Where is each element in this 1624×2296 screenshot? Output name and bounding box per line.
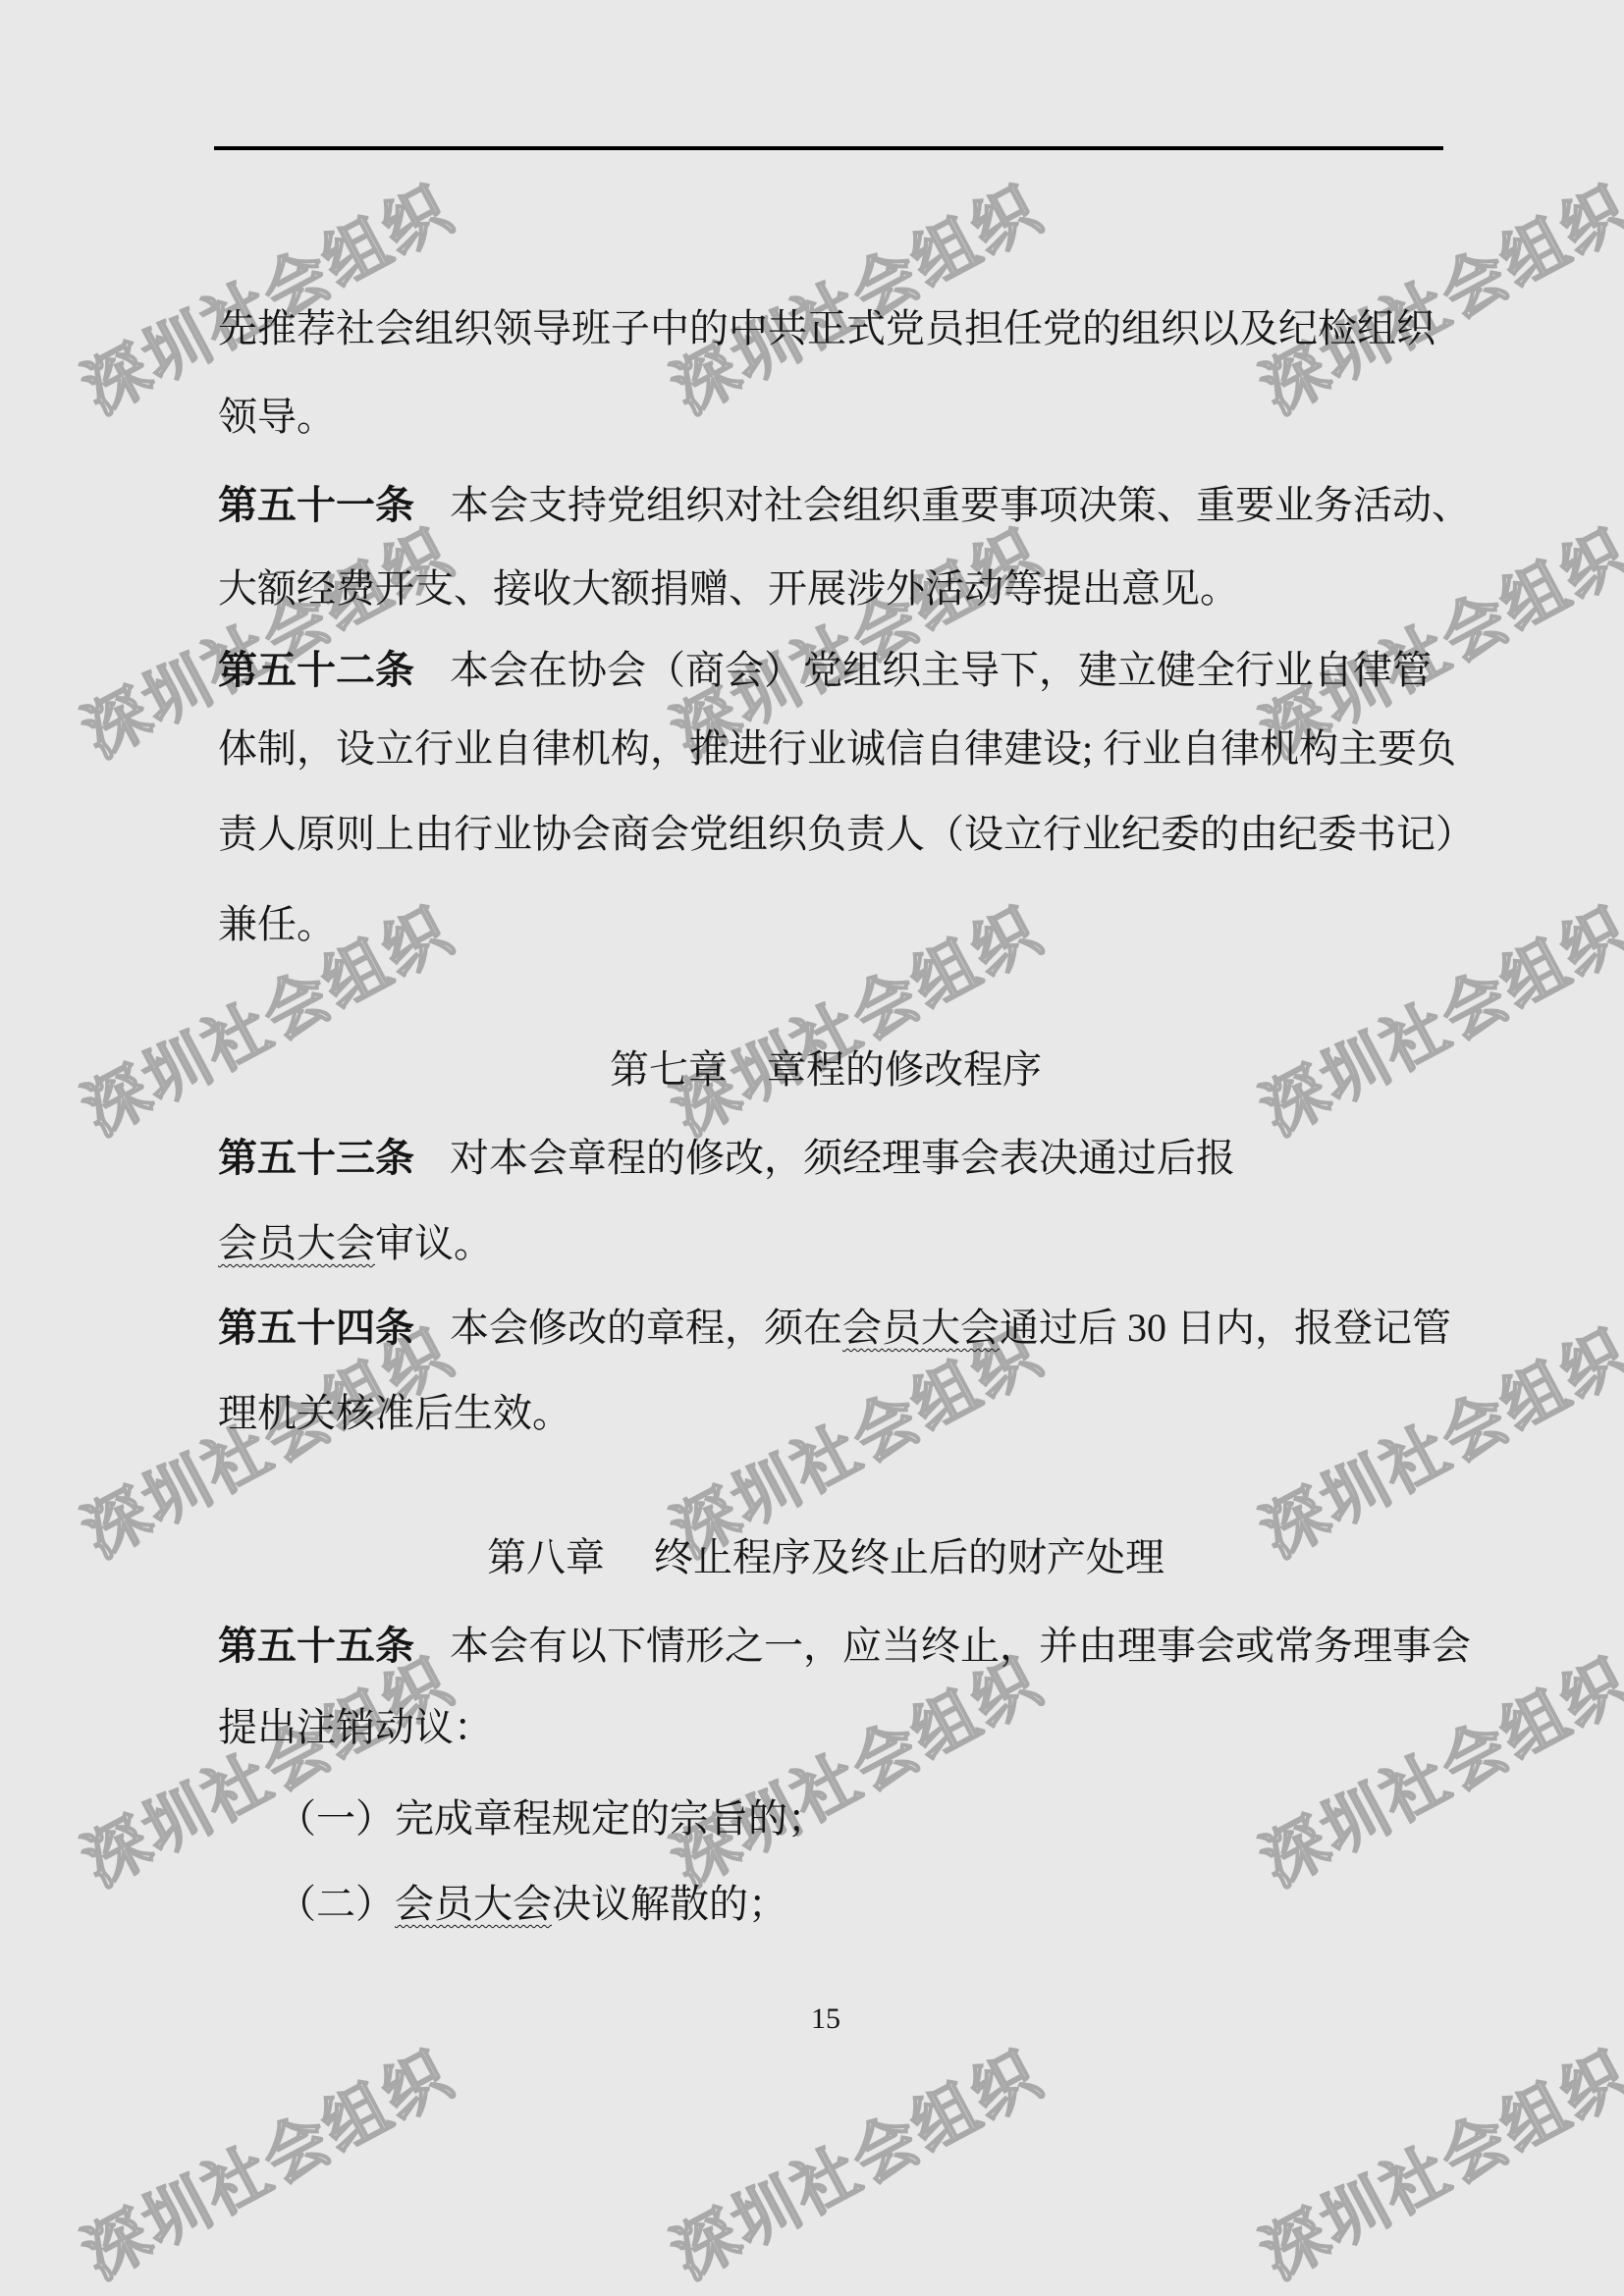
text-line: 第五十一条本会支持党组织对社会组织重要事项决策、重要业务活动、 [218,485,1434,526]
article-number: 第五十五条 [218,1624,414,1668]
text-run: （二） [277,1882,395,1926]
text-line: 提出注销动议： [218,1707,1434,1748]
text-run: 提出注销动议： [218,1705,493,1749]
text-run: 对本会章程的修改，须经理事会表决通过后报 [450,1136,1235,1180]
text-run: 通过后 30 日内，报登记管 [1000,1306,1451,1350]
text-run: 第八章 终止程序及终止后的财产处理 [487,1535,1164,1579]
text-run: 兼任。 [218,902,336,946]
text-run: 本会支持党组织对社会组织重要事项决策、重要业务活动、 [450,483,1471,527]
text-line: 大额经费开支、接收大额捐赠、开展涉外活动等提出意见。 [218,568,1434,610]
text-line: 会员大会审议。 [218,1223,1434,1264]
text-line: 体制，设立行业自律机构，推进行业诚信自律建设; 行业自律机构主要负 [218,728,1434,770]
text-layer: 先推荐社会组织领导班子中的中共正式党员担任党的组织以及纪检组织领导。第五十一条本… [0,0,1624,2296]
text-run: 决议解散的； [552,1882,787,1926]
document-page: 深圳社会组织深圳社会组织深圳社会组织深圳社会组织深圳社会组织深圳社会组织深圳社会… [0,0,1624,2296]
text-run: 第七章 章程的修改程序 [610,1047,1042,1092]
text-run: （一）完成章程规定的宗旨的； [277,1796,827,1841]
text-run: 责人原则上由行业协会商会党组织负责人（设立行业纪委的由纪委书记） [218,812,1475,856]
text-run: 本会修改的章程，须在 [450,1306,842,1350]
text-line: 第八章 终止程序及终止后的财产处理 [218,1537,1434,1578]
underlined-term: 会员大会 [842,1306,1000,1350]
text-line: 第七章 章程的修改程序 [218,1049,1434,1091]
text-run: 理机关核准后生效。 [218,1391,571,1435]
text-run: 大额经费开支、接收大额捐赠、开展涉外活动等提出意见。 [218,566,1239,611]
article-number: 第五十三条 [218,1136,414,1180]
text-run: 本会有以下情形之一，应当终止，并由理事会或常务理事会 [450,1624,1471,1668]
header-rule [214,146,1443,150]
underlined-term: 会员大会 [395,1882,552,1926]
text-line: （二）会员大会决议解散的； [218,1884,1492,1925]
text-run: 领导。 [218,395,336,439]
text-line: （一）完成章程规定的宗旨的； [218,1798,1492,1840]
text-line: 先推荐社会组织领导班子中的中共正式党员担任党的组织以及纪检组织 [218,308,1434,349]
text-line: 理机关核准后生效。 [218,1393,1434,1434]
text-line: 第五十二条本会在协会（商会）党组织主导下，建立健全行业自律管 [218,650,1434,691]
text-run: 先推荐社会组织领导班子中的中共正式党员担任党的组织以及纪检组织 [218,306,1435,350]
text-line: 兼任。 [218,904,1434,945]
text-line: 第五十五条本会有以下情形之一，应当终止，并由理事会或常务理事会 [218,1626,1434,1667]
text-line: 第五十三条对本会章程的修改，须经理事会表决通过后报 [218,1138,1434,1179]
article-number: 第五十一条 [218,483,414,527]
text-line: 第五十四条本会修改的章程，须在会员大会通过后 30 日内，报登记管 [218,1308,1434,1349]
text-line: 领导。 [218,397,1434,438]
underlined-term: 会员大会 [218,1221,375,1265]
text-run: 审议。 [375,1221,493,1265]
article-number: 第五十四条 [218,1306,414,1350]
article-number: 第五十二条 [218,648,414,692]
page-number: 15 [218,2002,1434,2036]
text-line: 责人原则上由行业协会商会党组织负责人（设立行业纪委的由纪委书记） [218,814,1434,855]
text-run: 体制，设立行业自律机构，推进行业诚信自律建设; 行业自律机构主要负 [218,726,1456,771]
text-run: 本会在协会（商会）党组织主导下，建立健全行业自律管 [450,648,1432,692]
